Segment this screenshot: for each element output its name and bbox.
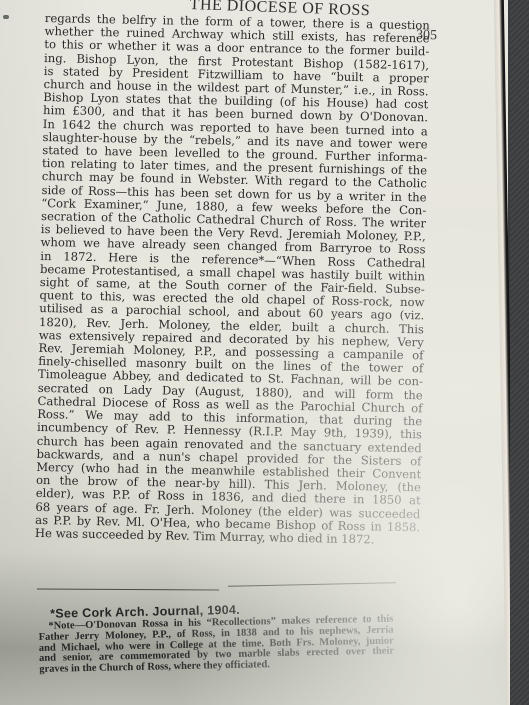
background-surface xyxy=(510,0,529,705)
footnote-2: *Note—O'Donovan Rossa in his “Recollecti… xyxy=(38,614,399,676)
footnote-rule-right xyxy=(228,582,396,587)
book-page: THE DIOCESE OF ROSS 305 regards the belf… xyxy=(0,0,508,705)
body-text: regards the belfry in the form of a towe… xyxy=(35,12,435,548)
footnote-rule-left xyxy=(37,589,219,591)
footnotes: *See Cork Arch. Journal, 1904. *Note—O'D… xyxy=(38,599,399,676)
margin-mark xyxy=(3,15,9,19)
